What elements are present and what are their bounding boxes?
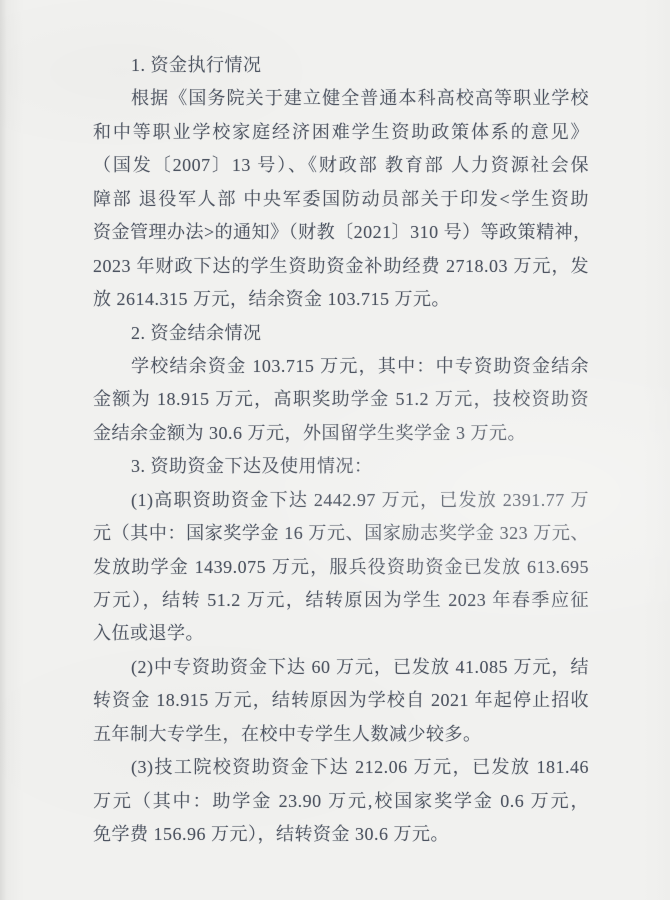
document-line: (2)中专资助资金下达 60 万元，已发放 41.085 万元，结 bbox=[93, 651, 589, 684]
document-line: (1)高职资助资金下达 2442.97 万元，已发放 2391.77 万 bbox=[93, 484, 589, 517]
document-body: 1. 资金执行情况根据《国务院关于建立健全普通本科高校高等职业学校和中等职业学校… bbox=[93, 49, 589, 852]
document-line: 3. 资助资金下达及使用情况： bbox=[93, 450, 589, 483]
document-line: 万元（其中：助学金 23.90 万元,校国家奖学金 0.6 万元， bbox=[93, 785, 589, 818]
document-line: 入伍或退学。 bbox=[93, 617, 589, 650]
document-line: 障部 退役军人部 中央军委国防动员部关于印发<学生资助 bbox=[93, 183, 589, 216]
document-line: 放 2614.315 万元，结余资金 103.715 万元。 bbox=[93, 283, 589, 316]
document-line: 2023 年财政下达的学生资助资金补助经费 2718.03 万元，发 bbox=[93, 250, 589, 283]
document-line: 五年制大专学生，在校中专学生人数减少较多。 bbox=[93, 718, 589, 751]
document-line: 和中等职业学校家庭经济困难学生资助政策体系的意见》 bbox=[93, 116, 589, 149]
document-line: 根据《国务院关于建立健全普通本科高校高等职业学校 bbox=[93, 82, 589, 115]
document-line: 学校结余资金 103.715 万元，其中：中专资助资金结余 bbox=[93, 350, 589, 383]
document-line: 资金管理办法>的通知》（财教〔2021〕310 号）等政策精神， bbox=[93, 216, 589, 249]
document-line: 1. 资金执行情况 bbox=[93, 49, 589, 82]
document-line: 2. 资金结余情况 bbox=[93, 317, 589, 350]
document-line: (3)技工院校资助资金下达 212.06 万元，已发放 181.46 bbox=[93, 751, 589, 784]
document-line: 金结余金额为 30.6 万元，外国留学生奖学金 3 万元。 bbox=[93, 417, 589, 450]
document-line: 免学费 156.96 万元），结转资金 30.6 万元。 bbox=[93, 818, 589, 851]
scanned-page: 1. 资金执行情况根据《国务院关于建立健全普通本科高校高等职业学校和中等职业学校… bbox=[0, 0, 670, 900]
document-line: 转资金 18.915 万元，结转原因为学校自 2021 年起停止招收 bbox=[93, 684, 589, 717]
document-line: 元（其中：国家奖学金 16 万元、国家励志奖学金 323 万元、 bbox=[93, 517, 589, 550]
document-line: 发放助学金 1439.075 万元，服兵役资助资金已发放 613.695 bbox=[93, 551, 589, 584]
document-line: （国发〔2007〕13 号）、《财政部 教育部 人力资源社会保 bbox=[93, 149, 589, 182]
document-line: 万元），结转 51.2 万元，结转原因为学生 2023 年春季应征 bbox=[93, 584, 589, 617]
document-line: 金额为 18.915 万元，高职奖助学金 51.2 万元，技校资助资 bbox=[93, 383, 589, 416]
